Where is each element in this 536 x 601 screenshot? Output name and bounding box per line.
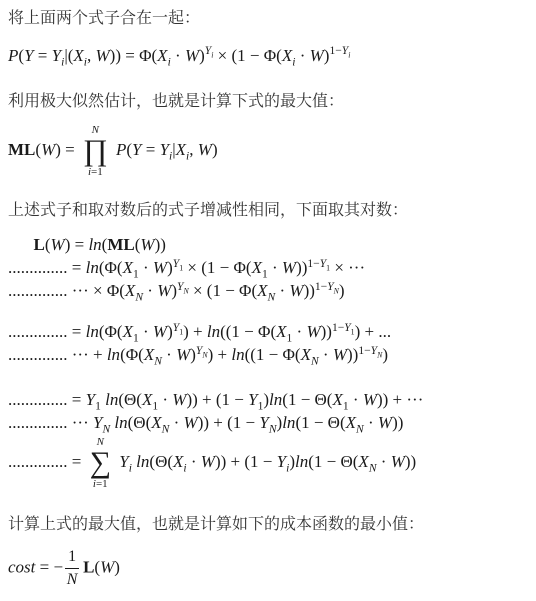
formula-block: ML(W) = N∏i=1 P(Y = Yi|Xi, W) — [8, 124, 528, 178]
formula-block: cost = −1NL(W) — [8, 547, 528, 590]
superscript: YN — [196, 344, 208, 357]
superscript: 1−YN — [358, 344, 382, 357]
formula-block: .............. = N∑i=1 Yi ln(Θ(Xi · W)) … — [8, 436, 528, 490]
formula-line: ML(W) = N∏i=1 P(Y = Yi|Xi, W) — [8, 124, 528, 178]
subscript: N — [154, 355, 162, 368]
sum-operator: N∑i=1 — [90, 436, 111, 490]
bold-symbol: L — [34, 235, 45, 254]
superscript: Y1 — [173, 257, 183, 270]
formula-line: cost = −1NL(W) — [8, 547, 528, 590]
paragraph-text: 计算上式的最大值，也就是计算如下的成本函数的最小值： — [8, 514, 528, 535]
subscript: N — [102, 423, 110, 436]
formula-block: L(W) = ln(ML(W)).............. = ln(Φ(X1… — [8, 233, 528, 302]
fraction: 1N — [65, 547, 79, 590]
bold-symbol: L — [83, 558, 94, 577]
formula-block: .............. = Y1 ln(Θ(X1 · W)) + (1 −… — [8, 388, 528, 434]
article-content: 将上面两个式子合在一起：P(Y = Yi|(Xi, W)) = Φ(Xi · W… — [8, 8, 528, 590]
superscript: Y1 — [173, 321, 183, 334]
subscript: i — [348, 51, 350, 60]
formula-line: .............. = ln(Φ(X1 · W)Y1 × (1 − Φ… — [8, 256, 528, 279]
paragraph-text: 上述式子和取对数后的式子增减性相同，下面取其对数： — [8, 200, 528, 221]
formula-line: .............. = N∑i=1 Yi ln(Θ(Xi · W)) … — [8, 436, 528, 490]
formula-line: .............. = Y1 ln(Θ(X1 · W)) + (1 −… — [8, 388, 528, 411]
subscript: N — [356, 423, 364, 436]
formula-block: .............. = ln(Φ(X1 · W)Y1) + ln((1… — [8, 320, 528, 366]
subscript: N — [269, 423, 277, 436]
formula-line: L(W) = ln(ML(W)) — [8, 233, 528, 256]
product-operator: N∏i=1 — [83, 124, 108, 178]
bold-symbol: ML — [8, 140, 35, 159]
subscript: N — [135, 291, 143, 304]
formula-line: .............. ··· × Φ(XN · W)YN × (1 − … — [8, 279, 528, 302]
superscript: 1−Y1 — [307, 257, 330, 270]
formula-line: .............. ··· YN ln(Θ(XN · W)) + (1… — [8, 411, 528, 434]
paragraph-text: 将上面两个式子合在一起： — [8, 8, 528, 29]
big-operator-symbol: ∏ — [83, 136, 108, 166]
formula-line: .............. = ln(Φ(X1 · W)Y1) + ln((1… — [8, 320, 528, 343]
formula-line: .............. ··· + ln(Φ(XN · W)YN) + l… — [8, 343, 528, 366]
superscript: 1−Yi — [329, 44, 350, 57]
bold-symbol: ML — [107, 235, 134, 254]
superscript: 1−YN — [315, 280, 339, 293]
big-operator-symbol: ∑ — [90, 448, 111, 478]
subscript: N — [311, 355, 319, 368]
superscript: YN — [177, 280, 189, 293]
formula-block: P(Y = Yi|(Xi, W)) = Φ(Xi · W)Yi × (1 − Φ… — [8, 44, 528, 67]
formula-line: P(Y = Yi|(Xi, W)) = Φ(Xi · W)Yi × (1 − Φ… — [8, 44, 528, 67]
paragraph-text: 利用极大似然估计，也就是计算下式的最大值： — [8, 91, 528, 112]
subscript: N — [369, 462, 377, 475]
superscript: 1−Y1 — [332, 321, 355, 334]
